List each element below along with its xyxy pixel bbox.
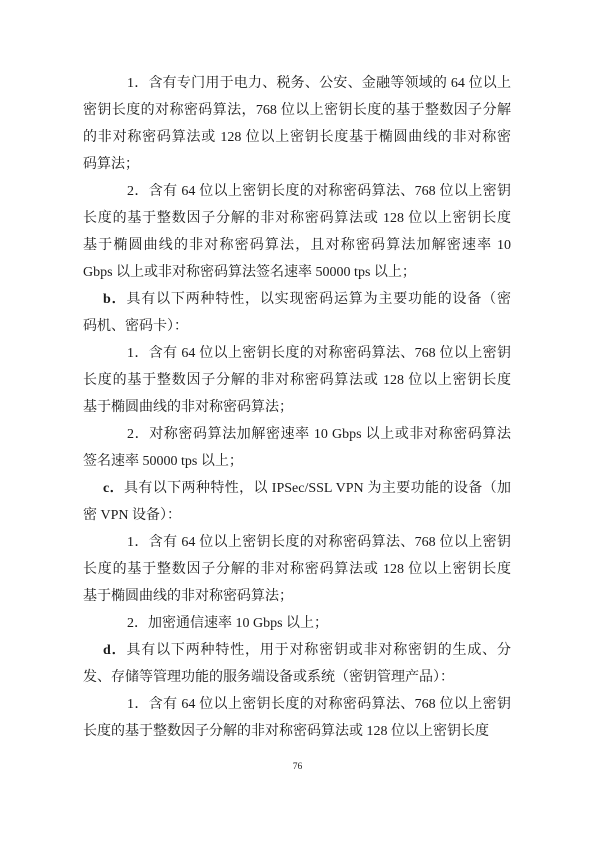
paragraph: 2．含有 64 位以上密钥长度的对称密码算法、768 位以上密钥长度的基于整数因…: [83, 178, 511, 286]
text-line: 1．含有专门用于电力、税务、公安、金融等领域的 64 位以上: [83, 70, 511, 97]
list-marker: 2．: [127, 616, 148, 631]
paragraph: c．具有以下两种特性，以 IPSec/SSL VPN 为主要功能的设备（加密 V…: [83, 475, 511, 529]
text-line: 基于椭圆曲线的非对称密码算法；: [83, 394, 511, 421]
text-line: b．具有以下两种特性，以实现密码运算为主要功能的设备（密: [83, 286, 511, 313]
text-line: 发、存储等管理功能的服务端设备或系统（密钥管理产品）：: [83, 664, 511, 691]
list-marker: 1．: [127, 76, 148, 91]
document-body: 1．含有专门用于电力、税务、公安、金融等领域的 64 位以上密钥长度的对称密码算…: [83, 70, 511, 745]
paragraph: b．具有以下两种特性，以实现密码运算为主要功能的设备（密码机、密码卡）：: [83, 286, 511, 340]
paragraph: 1．含有专门用于电力、税务、公安、金融等领域的 64 位以上密钥长度的对称密码算…: [83, 70, 511, 178]
text-line: 2．对称密码算法加解密速率 10 Gbps 以上或非对称密码算法: [83, 421, 511, 448]
paragraph: d．具有以下两种特性，用于对称密钥或非对称密钥的生成、分发、存储等管理功能的服务…: [83, 637, 511, 691]
text-line: 密钥长度的对称密码算法，768 位以上密钥长度的基于整数因子分解: [83, 97, 511, 124]
list-marker: 1．: [127, 697, 149, 712]
text-line: 基于椭圆曲线的非对称密码算法；: [83, 583, 511, 610]
list-marker: c．: [103, 481, 124, 496]
text-line: 1．含有 64 位以上密钥长度的对称密码算法、768 位以上密钥: [83, 691, 511, 718]
text-line: 长度的基于整数因子分解的非对称密码算法或 128 位以上密钥长度: [83, 718, 511, 745]
text-line: 码算法；: [83, 151, 511, 178]
text-line: Gbps 以上或非对称密码算法签名速率 50000 tps 以上；: [83, 259, 511, 286]
document-page: 1．含有专门用于电力、税务、公安、金融等领域的 64 位以上密钥长度的对称密码算…: [0, 0, 595, 841]
list-marker: b．: [103, 292, 126, 307]
list-marker: 1．: [127, 535, 149, 550]
paragraph: 1．含有 64 位以上密钥长度的对称密码算法、768 位以上密钥长度的基于整数因…: [83, 340, 511, 421]
list-marker: d．: [103, 643, 126, 658]
text-line: 长度的基于整数因子分解的非对称密码算法或 128 位以上密钥长度: [83, 556, 511, 583]
text-line: 2．加密通信速率 10 Gbps 以上；: [83, 610, 511, 637]
text-line: 的非对称密码算法或 128 位以上密钥长度基于椭圆曲线的非对称密: [83, 124, 511, 151]
text-line: 1．含有 64 位以上密钥长度的对称密码算法、768 位以上密钥: [83, 340, 511, 367]
text-line: c．具有以下两种特性，以 IPSec/SSL VPN 为主要功能的设备（加: [83, 475, 511, 502]
text-line: 码机、密码卡）：: [83, 313, 511, 340]
text-line: 基于椭圆曲线的非对称密码算法，且对称密码算法加解密速率 10: [83, 232, 511, 259]
paragraph: 2．对称密码算法加解密速率 10 Gbps 以上或非对称密码算法签名速率 500…: [83, 421, 511, 475]
text-line: 1．含有 64 位以上密钥长度的对称密码算法、768 位以上密钥: [83, 529, 511, 556]
paragraph: 1．含有 64 位以上密钥长度的对称密码算法、768 位以上密钥长度的基于整数因…: [83, 691, 511, 745]
page-number: 76: [0, 761, 595, 773]
text-line: 签名速率 50000 tps 以上；: [83, 448, 511, 475]
text-line: 密 VPN 设备）：: [83, 502, 511, 529]
text-line: d．具有以下两种特性，用于对称密钥或非对称密钥的生成、分: [83, 637, 511, 664]
paragraph: 1．含有 64 位以上密钥长度的对称密码算法、768 位以上密钥长度的基于整数因…: [83, 529, 511, 610]
list-marker: 2．: [127, 184, 149, 199]
list-marker: 2．: [127, 427, 149, 442]
text-line: 长度的基于整数因子分解的非对称密码算法或 128 位以上密钥长度: [83, 367, 511, 394]
text-line: 长度的基于整数因子分解的非对称密码算法或 128 位以上密钥长度: [83, 205, 511, 232]
paragraph: 2．加密通信速率 10 Gbps 以上；: [83, 610, 511, 637]
list-marker: 1．: [127, 346, 149, 361]
text-line: 2．含有 64 位以上密钥长度的对称密码算法、768 位以上密钥: [83, 178, 511, 205]
